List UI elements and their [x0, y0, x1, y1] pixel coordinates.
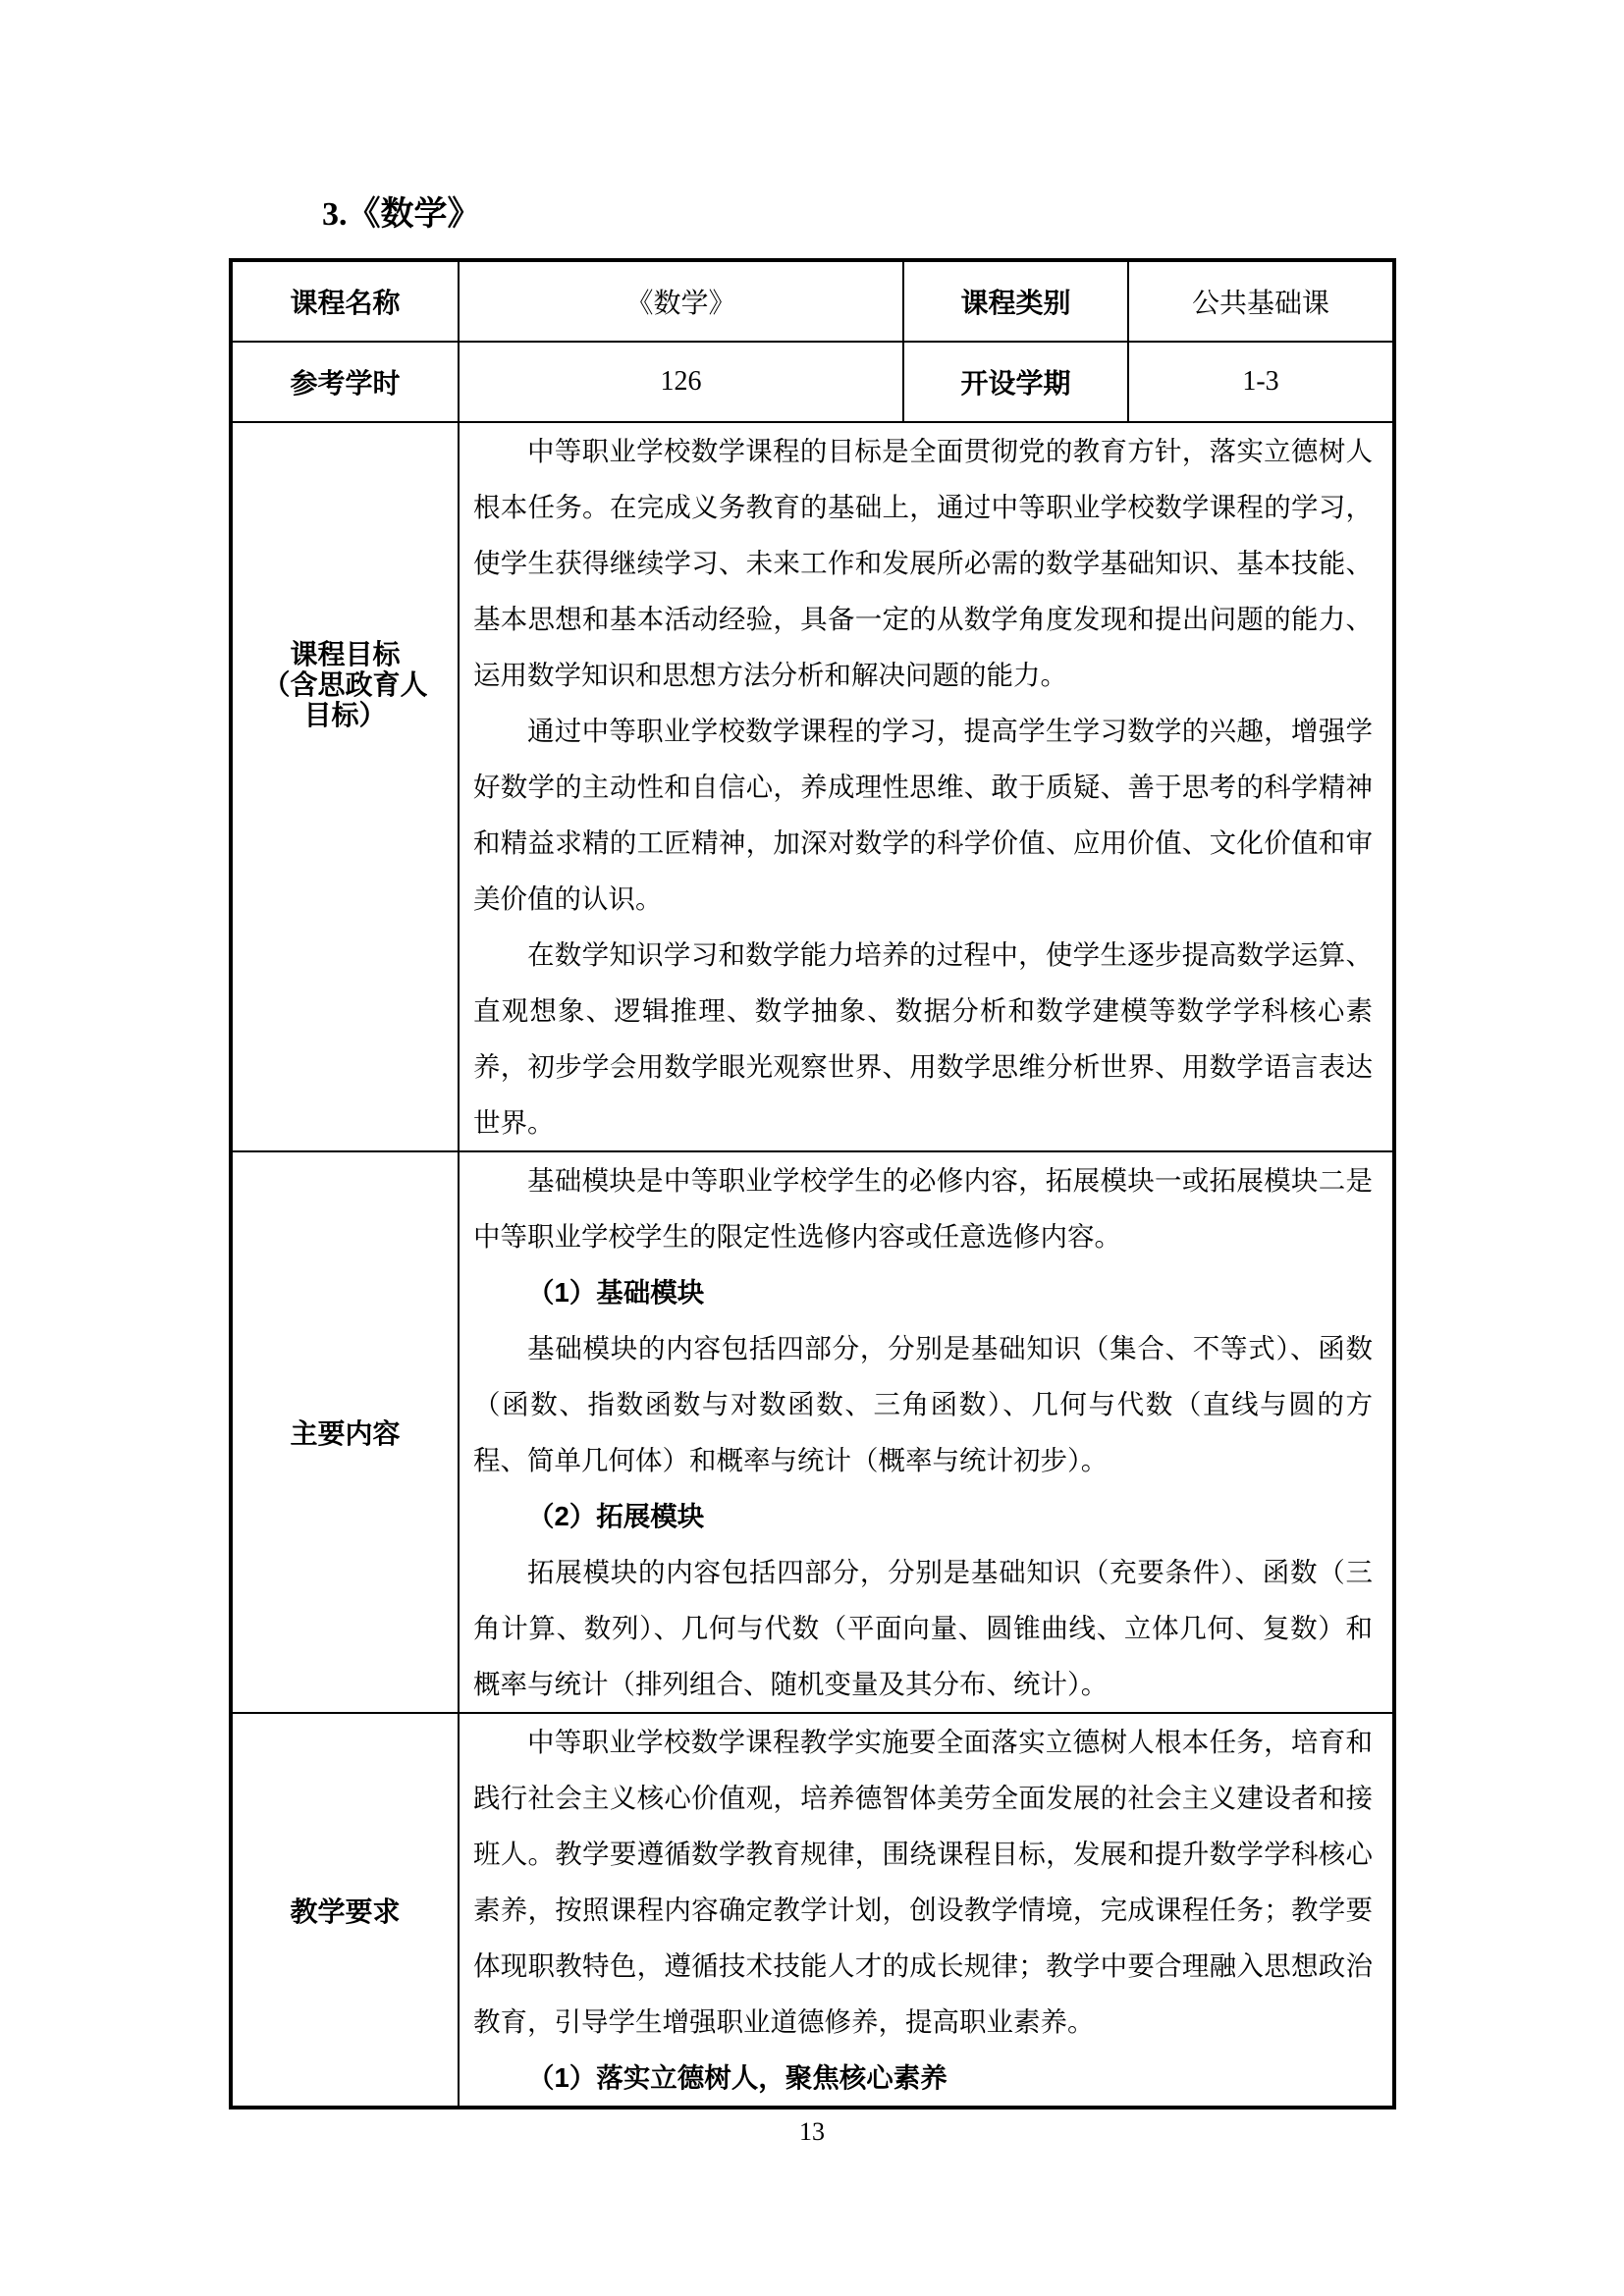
- label-course-type: 课程类别: [903, 260, 1128, 342]
- table-row-teaching-requirements: 教学要求 中等职业学校数学课程教学实施要全面落实立德树人根本任务，培育和践行社会…: [231, 1713, 1394, 2108]
- label-line: 目标）: [237, 700, 454, 730]
- paragraph: 拓展模块的内容包括四部分，分别是基础知识（充要条件）、函数（三角计算、数列）、几…: [473, 1544, 1373, 1712]
- paragraph: 中等职业学校数学课程教学实施要全面落实立德树人根本任务，培育和践行社会主义核心价…: [473, 1714, 1373, 2050]
- label-course-name: 课程名称: [231, 260, 459, 342]
- paragraph: 基础模块是中等职业学校学生的必修内容，拓展模块一或拓展模块二是中等职业学校学生的…: [473, 1152, 1373, 1264]
- section-label-teaching-requirements: 教学要求: [231, 1713, 459, 2108]
- label-line: 课程目标: [237, 639, 454, 669]
- subheading-basic-module: （1）基础模块: [473, 1264, 1373, 1320]
- section-content-main-content: 基础模块是中等职业学校学生的必修内容，拓展模块一或拓展模块二是中等职业学校学生的…: [459, 1151, 1394, 1713]
- value-course-name: 《数学》: [459, 260, 903, 342]
- paragraph: 在数学知识学习和数学能力培养的过程中，使学生逐步提高数学运算、直观想象、逻辑推理…: [473, 927, 1373, 1150]
- paragraph: 基础模块的内容包括四部分，分别是基础知识（集合、不等式）、函数（函数、指数函数与…: [473, 1320, 1373, 1488]
- paragraph: 中等职业学校数学课程的目标是全面贯彻党的教育方针，落实立德树人根本任务。在完成义…: [473, 423, 1373, 703]
- table-row-course-objectives: 课程目标 （含思政育人 目标） 中等职业学校数学课程的目标是全面贯彻党的教育方针…: [231, 422, 1394, 1151]
- table-row-course-hours: 参考学时 126 开设学期 1-3: [231, 342, 1394, 422]
- label-reference-hours: 参考学时: [231, 342, 459, 422]
- value-semester: 1-3: [1128, 342, 1394, 422]
- table-row-course-name: 课程名称 《数学》 课程类别 公共基础课: [231, 260, 1394, 342]
- course-info-table: 课程名称 《数学》 课程类别 公共基础课 参考学时 126 开设学期 1-3 课…: [229, 258, 1396, 2109]
- subheading-lideshuren: （1）落实立德树人，聚焦核心素养: [473, 2050, 1373, 2106]
- section-label-course-objectives: 课程目标 （含思政育人 目标）: [231, 422, 459, 1151]
- page-number: 13: [0, 2117, 1624, 2147]
- label-line: （含思政育人: [237, 669, 454, 700]
- paragraph: 通过中等职业学校数学课程的学习，提高学生学习数学的兴趣，增强学好数学的主动性和自…: [473, 703, 1373, 927]
- section-label-main-content: 主要内容: [231, 1151, 459, 1713]
- table-row-main-content: 主要内容 基础模块是中等职业学校学生的必修内容，拓展模块一或拓展模块二是中等职业…: [231, 1151, 1394, 1713]
- page-title: 3.《数学》: [322, 194, 481, 236]
- value-course-type: 公共基础课: [1128, 260, 1394, 342]
- subheading-extended-module: （2）拓展模块: [473, 1488, 1373, 1544]
- value-reference-hours: 126: [459, 342, 903, 422]
- section-content-course-objectives: 中等职业学校数学课程的目标是全面贯彻党的教育方针，落实立德树人根本任务。在完成义…: [459, 422, 1394, 1151]
- document-page: 3.《数学》 课程名称 《数学》 课程类别 公共基础课 参考学时 126 开设学…: [0, 0, 1624, 2296]
- section-label-lines: 课程目标 （含思政育人 目标）: [237, 639, 454, 730]
- section-content-teaching-requirements: 中等职业学校数学课程教学实施要全面落实立德树人根本任务，培育和践行社会主义核心价…: [459, 1713, 1394, 2108]
- label-semester: 开设学期: [903, 342, 1128, 422]
